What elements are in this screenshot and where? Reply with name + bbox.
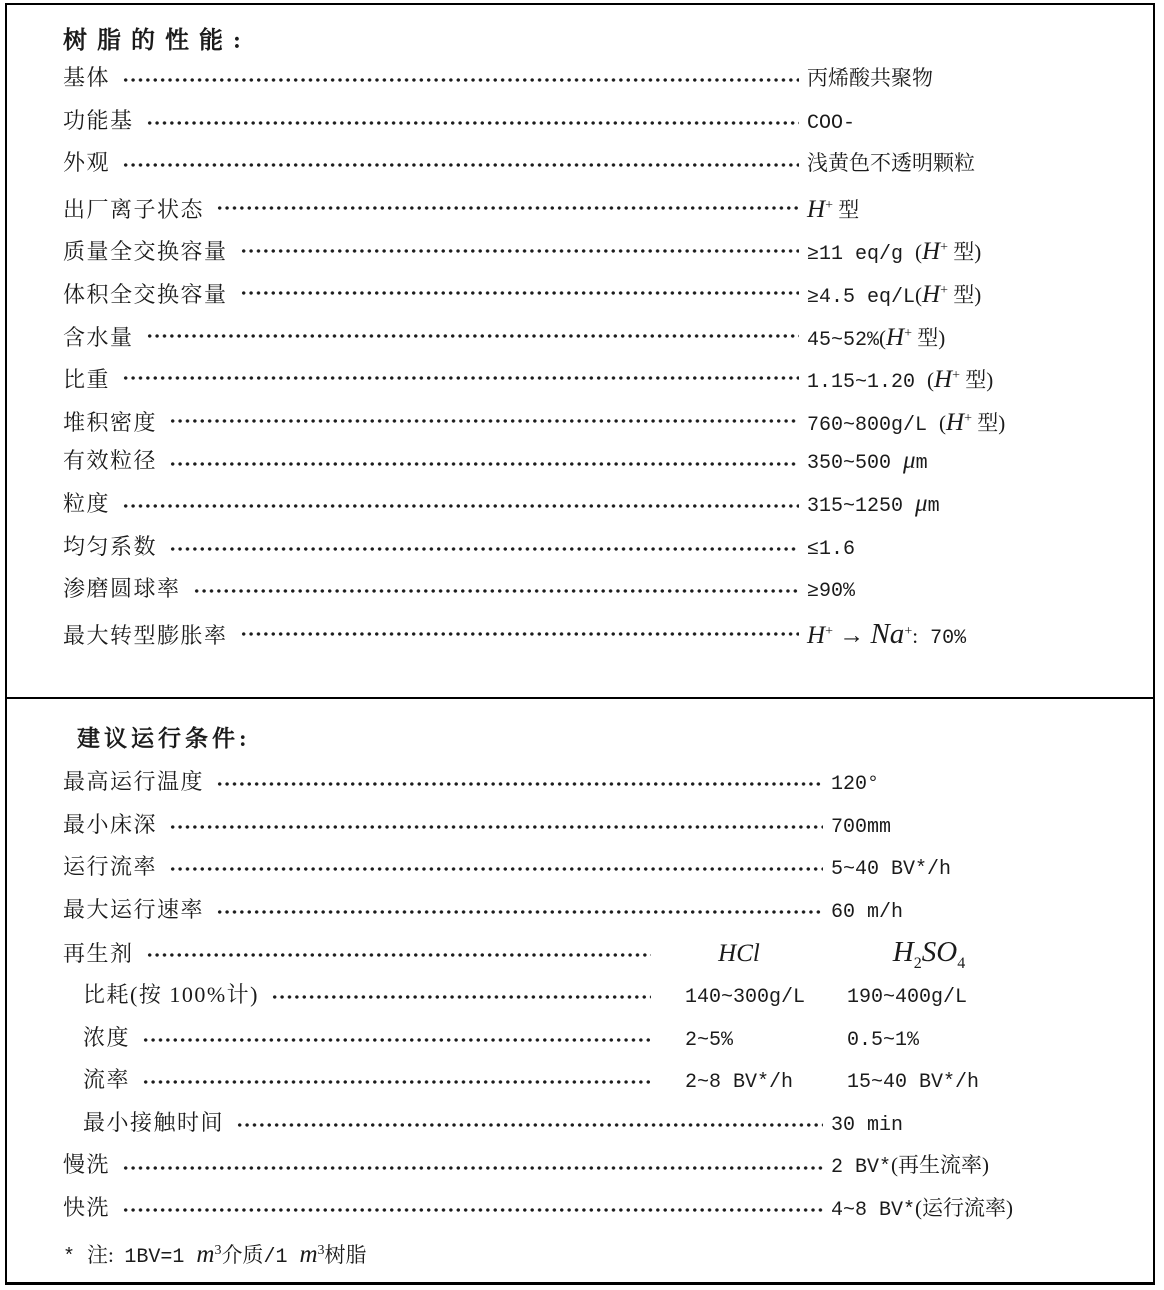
- math-text: H: [893, 936, 914, 968]
- spec-row: 渗磨圆球率≥90%: [63, 568, 1129, 611]
- spec-row: 最高运行温度120°: [63, 761, 1129, 804]
- spec-label: 慢洗: [63, 1144, 110, 1187]
- spec-row: 再生剂HClH2SO4: [63, 931, 1129, 974]
- spec-label: 体积全交换容量: [63, 274, 228, 317]
- text-segment: +: [964, 411, 972, 426]
- text-segment: 350~500: [807, 452, 903, 475]
- text-segment: ≥11 eq/g: [807, 243, 915, 266]
- text-segment: 1BV=1: [124, 1246, 196, 1269]
- dot-leader: [122, 371, 799, 385]
- spec-label: 质量全交换容量: [63, 231, 228, 274]
- operating-conditions-rows: 最高运行温度120°最小床深700mm运行流率5~40 BV*/h最大运行速率6…: [63, 761, 1129, 1272]
- spec-row: 有效粒径350~500 μm: [63, 440, 1129, 483]
- spec-value: 60 m/h: [831, 892, 1129, 935]
- dot-leader: [122, 158, 799, 172]
- text-segment: 120°: [831, 773, 879, 796]
- text-segment: (运行流率): [915, 1196, 1013, 1220]
- spec-value: 4~8 BV*(运行流率): [831, 1187, 1129, 1233]
- spec-row: 最大转型膨胀率H+ → Na+: 70%: [63, 611, 1129, 654]
- spec-row: 出厂离子状态H+ 型: [63, 185, 1129, 228]
- dot-leader: [122, 1161, 823, 1175]
- spec-row: 最小床深700mm: [63, 804, 1129, 847]
- dot-leader: [122, 73, 799, 87]
- spec-row: 最大运行速率60 m/h: [63, 889, 1129, 932]
- spec-label: 有效粒径: [63, 440, 157, 483]
- spec-row: 粒度315~1250 μm: [63, 483, 1129, 526]
- text-segment: 型): [948, 283, 981, 307]
- dot-leader: [240, 244, 799, 258]
- text-segment: 5~40 BV*/h: [831, 858, 951, 881]
- spec-label: 渗磨圆球率: [63, 568, 181, 611]
- spec-label: 功能基: [63, 100, 134, 143]
- resin-properties-title: 树脂的性能:: [35, 20, 1129, 55]
- math-text: H: [807, 622, 825, 649]
- spec-label: 基体: [63, 57, 110, 100]
- text-segment: ≥90%: [807, 580, 855, 603]
- resin-properties-section: 树脂的性能: 基体丙烯酸共聚物功能基COO-外观浅黄色不透明颗粒出厂离子状态H+…: [7, 5, 1153, 699]
- text-segment: 4: [957, 955, 965, 972]
- spec-label: 运行流率: [63, 846, 157, 889]
- dot-leader: [169, 862, 823, 876]
- text-segment: 型): [960, 368, 993, 392]
- dot-leader: [142, 1033, 651, 1047]
- text-segment: 315~1250: [807, 495, 915, 518]
- spec-value: 5~40 BV*/h: [831, 849, 1129, 892]
- text-segment: 60 m/h: [831, 901, 903, 924]
- text-segment: 70%: [918, 627, 966, 650]
- spec-value: 30 min: [831, 1105, 1129, 1148]
- math-text: H: [807, 196, 825, 223]
- spec-label: 外观: [63, 142, 110, 185]
- text-segment: 浅黄色不透明颗粒: [807, 151, 975, 175]
- text-segment: 注:: [87, 1243, 124, 1267]
- text-segment: m: [916, 452, 928, 475]
- dot-leader: [169, 457, 799, 471]
- spec-row: 快洗4~8 BV*(运行流率): [63, 1187, 1129, 1230]
- spec-value-columns: 140~300g/L190~400g/L: [659, 977, 1129, 1020]
- spec-row: 堆积密度760~800g/L (H+ 型): [63, 398, 1129, 441]
- column-value-1: 2~5%: [659, 1020, 819, 1063]
- math-text: →: [833, 622, 871, 649]
- spec-label: 再生剂: [63, 933, 134, 976]
- spec-row: 基体丙烯酸共聚物: [63, 57, 1129, 100]
- text-segment: (再生流率): [891, 1153, 989, 1177]
- spec-label: 最小接触时间: [63, 1102, 224, 1145]
- spec-value: 120°: [831, 764, 1129, 807]
- math-text: SO: [922, 936, 957, 968]
- text-segment: 介质: [221, 1243, 263, 1267]
- operating-conditions-title: 建议运行条件:: [77, 720, 1129, 753]
- spec-label: 流率: [63, 1059, 130, 1102]
- spec-value: COO-: [807, 103, 1129, 146]
- spec-row: 体积全交换容量≥4.5 eq/L(H+ 型): [63, 270, 1129, 313]
- dot-leader: [169, 820, 823, 834]
- text-segment: (: [915, 283, 922, 307]
- spec-label: 粒度: [63, 483, 110, 526]
- spec-row: 比耗(按 100%计)140~300g/L190~400g/L: [63, 974, 1129, 1017]
- column-header-1: HCl: [659, 933, 819, 979]
- text-segment: +: [952, 368, 960, 383]
- dot-leader: [122, 499, 799, 513]
- math-text: H: [934, 366, 952, 393]
- text-segment: 2: [914, 955, 922, 972]
- dot-leader: [169, 542, 799, 556]
- spec-row: 质量全交换容量≥11 eq/g (H+ 型): [63, 227, 1129, 270]
- text-segment: 型): [912, 326, 945, 350]
- spec-label: 比耗(按 100%计): [63, 974, 259, 1017]
- text-segment: 140~300g/L: [685, 986, 805, 1009]
- math-text: μ: [915, 490, 928, 517]
- spec-value: 315~1250 μm: [807, 483, 1129, 529]
- text-segment: 型: [833, 198, 859, 222]
- column-value-2: 15~40 BV*/h: [819, 1062, 979, 1105]
- column-value-1: 2~8 BV*/h: [659, 1062, 819, 1105]
- spec-row: 均匀系数≤1.6: [63, 526, 1129, 569]
- spec-row: 比重1.15~1.20 (H+ 型): [63, 355, 1129, 398]
- text-segment: 1.15~1.20: [807, 371, 927, 394]
- text-segment: 15~40 BV*/h: [847, 1071, 979, 1094]
- spec-label: 比重: [63, 359, 110, 402]
- math-text: H: [886, 324, 904, 351]
- text-segment: 700mm: [831, 816, 891, 839]
- spec-value: 700mm: [831, 807, 1129, 850]
- math-text: μ: [903, 447, 916, 474]
- text-segment: +: [940, 240, 948, 255]
- text-segment: 2~5%: [685, 1029, 733, 1052]
- spec-value: 350~500 μm: [807, 440, 1129, 486]
- text-segment: +: [825, 198, 833, 213]
- column-value-1: 140~300g/L: [659, 977, 819, 1020]
- spec-row: 最小接触时间30 min: [63, 1102, 1129, 1145]
- spec-label: 出厂离子状态: [63, 189, 204, 232]
- dot-leader: [216, 201, 799, 215]
- dot-leader: [169, 414, 799, 428]
- spec-label: 最小床深: [63, 804, 157, 847]
- text-segment: (: [939, 411, 946, 435]
- text-segment: +: [825, 624, 833, 639]
- spec-value: 2 BV*(再生流率): [831, 1144, 1129, 1190]
- text-segment: 190~400g/L: [847, 986, 967, 1009]
- spec-value: H+ → Na+: 70%: [807, 611, 1129, 661]
- column-value-2: 0.5~1%: [819, 1020, 919, 1063]
- spec-label: 最大转型膨胀率: [63, 615, 228, 658]
- text-segment: 30 min: [831, 1114, 903, 1137]
- text-segment: 3: [318, 1243, 325, 1258]
- text-segment: ≥4.5 eq/L: [807, 286, 915, 309]
- text-segment: 丙烯酸共聚物: [807, 66, 933, 90]
- spec-label: 最大运行速率: [63, 889, 204, 932]
- footnote-row: * 注: 1BV=1 m3介质/1 m3树脂: [63, 1230, 1129, 1273]
- dot-leader: [146, 116, 799, 130]
- text-segment: *: [63, 1246, 87, 1269]
- text-segment: 2~8 BV*/h: [685, 1071, 793, 1094]
- spec-label: 含水量: [63, 317, 134, 360]
- text-segment: /1: [263, 1246, 299, 1269]
- math-text: m: [299, 1241, 317, 1268]
- spec-value: 浅黄色不透明颗粒: [807, 142, 1129, 188]
- dot-leader: [240, 286, 799, 300]
- text-segment: COO-: [807, 112, 855, 135]
- text-segment: (: [927, 368, 934, 392]
- math-text: H: [946, 409, 964, 436]
- text-segment: (: [879, 326, 886, 350]
- spec-row: 慢洗2 BV*(再生流率): [63, 1144, 1129, 1187]
- text-segment: +: [904, 326, 912, 341]
- dot-leader: [216, 905, 823, 919]
- spec-label: 堆积密度: [63, 402, 157, 445]
- spec-row: 外观浅黄色不透明颗粒: [63, 142, 1129, 185]
- text-segment: 型): [972, 411, 1005, 435]
- dot-leader: [240, 627, 799, 641]
- spec-label: 浓度: [63, 1017, 130, 1060]
- resin-properties-rows: 基体丙烯酸共聚物功能基COO-外观浅黄色不透明颗粒出厂离子状态H+ 型质量全交换…: [63, 57, 1129, 653]
- spec-value: ≤1.6: [807, 529, 1129, 572]
- text-segment: 4~8 BV*: [831, 1199, 915, 1222]
- operating-conditions-section: 建议运行条件: 最高运行温度120°最小床深700mm运行流率5~40 BV*/…: [7, 699, 1153, 1282]
- spec-row: 含水量45~52%(H+ 型): [63, 313, 1129, 356]
- dot-leader: [216, 777, 823, 791]
- spec-row: 浓度2~5%0.5~1%: [63, 1017, 1129, 1060]
- dot-leader: [271, 990, 651, 1004]
- text-segment: 760~800g/L: [807, 414, 939, 437]
- text-segment: +: [940, 283, 948, 298]
- text-segment: 型): [948, 240, 981, 264]
- text-segment: 2 BV*: [831, 1156, 891, 1179]
- spec-row: 功能基COO-: [63, 100, 1129, 143]
- dot-leader: [122, 1203, 823, 1217]
- spec-value-columns: 2~8 BV*/h15~40 BV*/h: [659, 1062, 1129, 1105]
- spec-value-columns: 2~5%0.5~1%: [659, 1020, 1129, 1063]
- math-text: m: [196, 1241, 214, 1268]
- text-segment: m: [928, 495, 940, 518]
- dot-leader: [142, 1075, 651, 1089]
- dot-leader: [146, 948, 651, 962]
- math-text: Na: [870, 618, 904, 650]
- dot-leader: [236, 1118, 823, 1132]
- dot-leader: [146, 329, 799, 343]
- spec-label: 最高运行温度: [63, 761, 204, 804]
- spec-row: 流率2~8 BV*/h15~40 BV*/h: [63, 1059, 1129, 1102]
- spec-label: 快洗: [63, 1187, 110, 1230]
- spec-value: 丙烯酸共聚物: [807, 57, 1129, 103]
- text-segment: ≤1.6: [807, 538, 855, 561]
- text-segment: 45~52%: [807, 329, 879, 352]
- text-segment: 树脂: [325, 1243, 367, 1267]
- math-text: H: [922, 281, 940, 308]
- math-text: HCl: [718, 940, 760, 967]
- math-text: H: [922, 238, 940, 265]
- text-segment: (: [915, 240, 922, 264]
- spec-row: 运行流率5~40 BV*/h: [63, 846, 1129, 889]
- column-value-2: 190~400g/L: [819, 977, 967, 1020]
- footnote-text: * 注: 1BV=1 m3介质/1 m3树脂: [63, 1230, 367, 1280]
- spec-sheet: 树脂的性能: 基体丙烯酸共聚物功能基COO-外观浅黄色不透明颗粒出厂离子状态H+…: [5, 3, 1155, 1285]
- text-segment: 0.5~1%: [847, 1029, 919, 1052]
- dot-leader: [193, 584, 799, 598]
- spec-label: 均匀系数: [63, 526, 157, 569]
- spec-value: ≥90%: [807, 571, 1129, 614]
